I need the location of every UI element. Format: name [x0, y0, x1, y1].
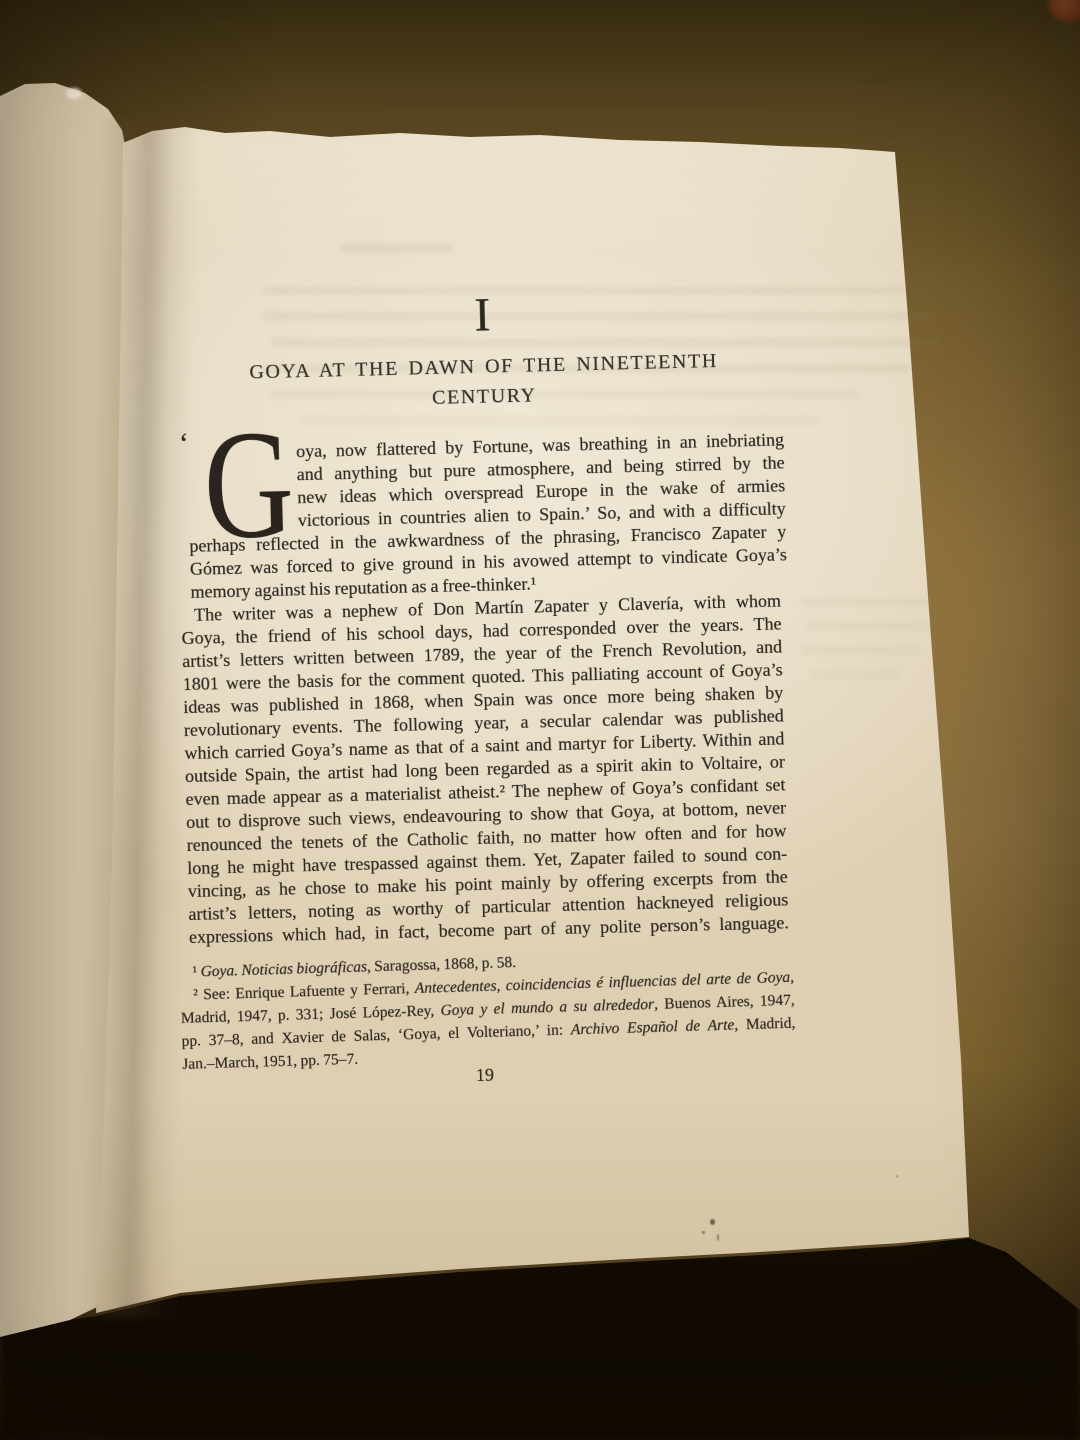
drop-cap-letter: G: [202, 406, 295, 563]
ink-speck: [896, 1175, 898, 1178]
paragraph-1: ‘ G oya, now flattered by Fortune, was b…: [187, 428, 788, 604]
gutter-shadow: [76, 117, 201, 1319]
page-curl-highlight: [66, 88, 82, 99]
ink-speck: [702, 1231, 705, 1234]
page-text: I GOYA AT THE DAWN OF THE NINETEENTH CEN…: [183, 268, 800, 1093]
footnotes: ¹ Goya. Noticias biográficas, Saragossa,…: [179, 943, 796, 1076]
ink-speck: [717, 1234, 719, 1241]
paragraph-2: The writer was a nephew of Don Martín Za…: [181, 589, 789, 949]
photo-open-book: I GOYA AT THE DAWN OF THE NINETEENTH CEN…: [0, 0, 1080, 1440]
chapter-numeral: I: [183, 284, 781, 347]
opening-quote: ‘: [179, 427, 190, 461]
ink-speck: [710, 1219, 715, 1225]
